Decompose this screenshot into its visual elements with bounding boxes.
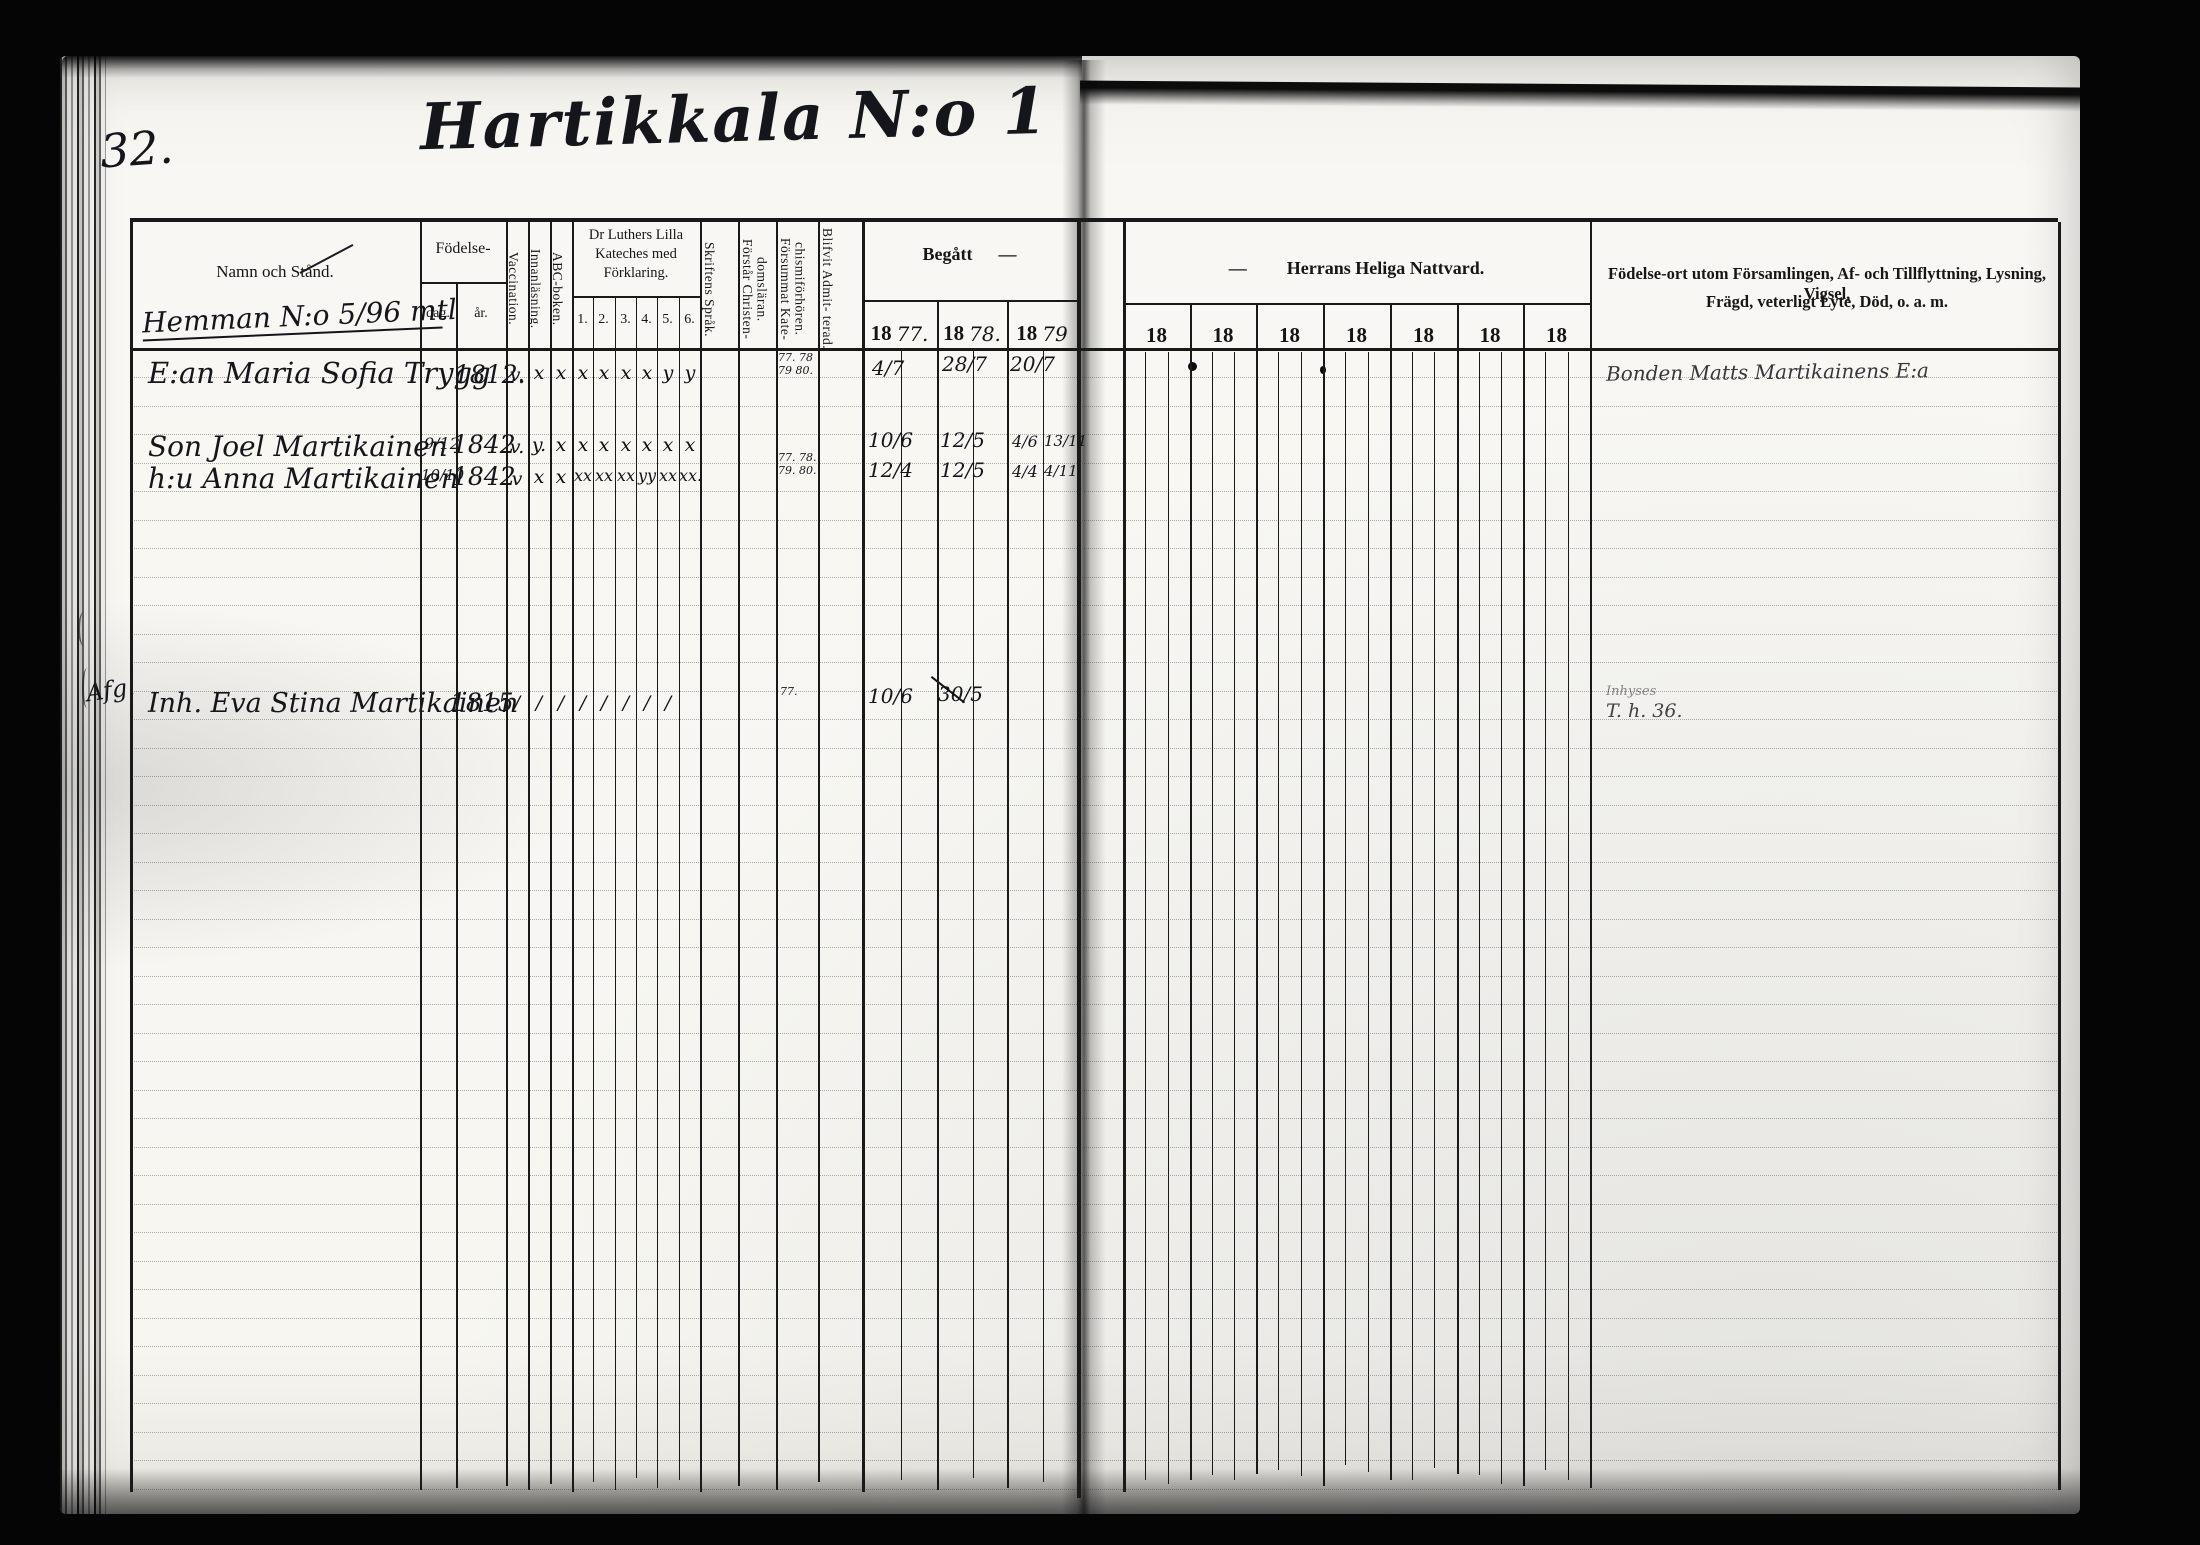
col-header-abc-boken: ABC-boken. xyxy=(550,224,572,351)
ruled-row-line xyxy=(131,406,2057,407)
mark-kateches: x xyxy=(593,434,615,456)
ruled-row-line xyxy=(131,1432,2057,1433)
ruled-row-line xyxy=(131,1232,2057,1233)
mark-kateches: xx xyxy=(572,466,594,485)
grid-hline xyxy=(862,300,1077,302)
year-printed: 18 xyxy=(1480,323,1501,348)
grid-vline xyxy=(1568,352,1569,1480)
year-printed: 18 xyxy=(1546,323,1567,348)
mark-vaccination: v. xyxy=(506,364,528,386)
grid-vline xyxy=(528,218,530,1490)
grid-vline xyxy=(615,297,616,1490)
ruled-row-line xyxy=(131,1118,2057,1119)
col-header-k4: 4. xyxy=(636,312,657,328)
grid-vline xyxy=(1590,222,1592,1488)
col-header-ar: år. xyxy=(456,306,506,322)
page-bottom-shadow xyxy=(62,1468,2080,1514)
grid-vline xyxy=(130,218,133,1492)
ruled-row-line xyxy=(131,1033,2057,1034)
communion-date-1878: 12/5 xyxy=(940,458,985,482)
ruled-row-line xyxy=(131,1318,2057,1319)
col-header-blifvit: Blifvit Admit- terad. xyxy=(820,224,862,351)
book-spine-edge xyxy=(60,56,106,1514)
col-header-namn: Namn och Stånd. xyxy=(130,262,420,282)
year-written: 78. xyxy=(969,322,1001,346)
mark-kateches: / xyxy=(572,692,594,714)
col-header-forstar: Förstår Christen- domsläran. xyxy=(740,224,776,351)
nattvard-year-box: 18 xyxy=(1256,310,1323,348)
grid-vline xyxy=(1256,304,1258,1474)
communion-date-1879b: 4/11 xyxy=(1044,462,1078,480)
col-header-fodelse: Födelse- xyxy=(420,240,506,258)
grid-vline xyxy=(818,218,820,1482)
ruled-row-line xyxy=(131,491,2057,492)
ruled-row-line xyxy=(131,691,2057,692)
communion-date-1879: 4/4 xyxy=(1012,462,1038,481)
grid-vline xyxy=(679,297,680,1480)
ruled-row-line xyxy=(131,520,2057,521)
col-header-k3: 3. xyxy=(615,312,636,328)
communion-date-1878: 28/7 xyxy=(942,352,987,376)
nattvard-year-box: 18 xyxy=(1457,310,1523,348)
grid-vline xyxy=(550,218,552,1484)
ruled-row-line xyxy=(131,748,2057,749)
grid-vline xyxy=(738,218,740,1486)
col-header-k2: 2. xyxy=(593,312,614,328)
mark-kateches: xx. xyxy=(679,466,701,485)
begatt-dash: — xyxy=(998,244,1016,265)
ruled-row-line xyxy=(131,719,2057,720)
grid-vline xyxy=(1345,352,1346,1465)
grid-vline xyxy=(1145,352,1146,1480)
col-header-innanlasning: Innanläsning. xyxy=(528,224,550,351)
ruled-row-line xyxy=(131,1261,2057,1262)
grid-vline xyxy=(1457,304,1459,1474)
mark-innanlasning: / xyxy=(528,692,550,714)
year-printed: 18 xyxy=(1346,323,1367,348)
mark-abc: x xyxy=(550,434,572,456)
ruled-row-line xyxy=(131,662,2057,663)
row-birth-year: 1815 xyxy=(450,688,514,717)
grid-vline xyxy=(572,218,574,1492)
year-printed: 18 xyxy=(1146,323,1167,348)
grid-vline xyxy=(1412,352,1413,1480)
mark-kateches: / xyxy=(615,692,637,714)
mark-vaccination: v. xyxy=(506,436,528,458)
ruled-row-line xyxy=(131,1061,2057,1062)
col-header-notes-line2: Frägd, veterligt Lyte, Död, o. a. m. xyxy=(1600,292,2054,312)
ruled-row-line xyxy=(131,776,2057,777)
grid-vline xyxy=(1390,304,1392,1480)
grid-hline xyxy=(1123,303,1590,305)
mark-kateches: y xyxy=(657,362,679,384)
forsummat-years: 77. 78. 79. 80. xyxy=(778,452,818,477)
mark-kateches: x xyxy=(615,362,637,384)
page-number: 32. xyxy=(98,120,175,179)
mark-vaccination: / xyxy=(506,692,528,714)
begatt-label: Begått xyxy=(923,244,973,265)
nattvard-year-box: 18 xyxy=(1523,310,1590,348)
ruled-row-line xyxy=(131,976,2057,977)
communion-date-1878: 30/5 xyxy=(938,682,2200,706)
mark-kateches: x xyxy=(636,434,658,456)
nattvard-year-box: 18 xyxy=(1190,310,1256,348)
ruled-row-line xyxy=(131,947,2057,948)
grid-vline xyxy=(700,218,702,1492)
ruled-row-line xyxy=(131,1489,2057,1490)
grid-vline xyxy=(2058,222,2061,1490)
page-top-shadow-left xyxy=(62,56,1082,78)
mark-abc: x xyxy=(550,362,572,384)
col-header-k1: 1. xyxy=(572,312,593,328)
mark-kateches: x xyxy=(657,434,679,456)
grid-vline xyxy=(1168,352,1169,1484)
grid-vline xyxy=(420,218,422,1490)
col-header-begatt: Begått — xyxy=(862,244,1077,265)
scanned-book-spread: 32. Hartikkala N:o 1 Namn och Stånd. Föd… xyxy=(0,0,2200,1545)
communion-date-1879: 20/7 xyxy=(1010,352,1055,376)
ruled-row-line xyxy=(131,1147,2057,1148)
mark-kateches: yy xyxy=(636,466,658,485)
ruled-row-line xyxy=(131,1090,2057,1091)
grid-vline xyxy=(1190,304,1192,1480)
mark-abc: / xyxy=(550,692,572,714)
ruled-row-line xyxy=(131,919,2057,920)
col-header-skriftens: Skriftens Språk. xyxy=(702,224,738,351)
grid-vline xyxy=(862,218,865,1492)
grid-vline xyxy=(1523,304,1525,1486)
mark-kateches: x xyxy=(615,434,637,456)
grid-vline xyxy=(1077,218,1081,1498)
ruled-row-line xyxy=(131,1289,2057,1290)
year-printed: 18 xyxy=(1279,323,1300,348)
communion-date-1877: 10/6 xyxy=(868,684,913,708)
nattvard-year-box: 18 xyxy=(1390,310,1457,348)
ruled-row-line xyxy=(131,1004,2057,1005)
ruled-row-line xyxy=(131,605,2057,606)
mark-kateches: x xyxy=(572,362,594,384)
grid-hline xyxy=(420,282,506,284)
ruled-row-line xyxy=(131,890,2057,891)
grid-vline xyxy=(937,301,939,1490)
mark-kateches: xx xyxy=(657,466,679,485)
col-header-vaccination: Vaccination. xyxy=(506,224,528,351)
col-header-nattvard: — Herrans Heliga Nattvard. xyxy=(1123,258,1590,279)
mark-abc: x xyxy=(550,466,572,488)
nattvard-year-box: 18 xyxy=(1323,310,1390,348)
row-name: E:an Maria Sofia Trygg xyxy=(148,356,491,390)
ruled-row-line xyxy=(131,1375,2057,1376)
nattvard-dash: — xyxy=(1229,258,1247,279)
grid-vline xyxy=(1323,304,1325,1486)
grid-vline xyxy=(506,218,508,1486)
mark-vaccination: v xyxy=(506,468,528,490)
mark-kateches: / xyxy=(636,692,658,714)
ruled-row-line xyxy=(131,1346,2057,1347)
ruled-row-line xyxy=(131,833,2057,834)
mark-kateches: xx xyxy=(615,466,637,485)
mark-kateches: y xyxy=(679,362,701,384)
mark-kateches: / xyxy=(593,692,615,714)
mark-innanlasning: x xyxy=(528,362,550,384)
col-header-k6: 6. xyxy=(679,312,700,328)
mark-kateches: / xyxy=(657,692,679,714)
mark-innanlasning: y. xyxy=(528,434,550,456)
communion-date-1878: 12/5 xyxy=(940,428,985,452)
mark-innanlasning: x xyxy=(528,466,550,488)
year-box-1878: 18 78. xyxy=(937,308,1007,346)
col-header-kateches: Dr Luthers Lilla Kateches med Förklaring… xyxy=(574,226,698,283)
year-printed: 18 xyxy=(943,321,964,346)
col-header-forsummat: Försummat Kate- chismiförhören. xyxy=(778,224,818,351)
ruled-row-line xyxy=(131,1204,2057,1205)
year-box-1877: 18 77. xyxy=(862,308,937,346)
ruled-row-line xyxy=(131,1175,2057,1176)
ruled-row-line xyxy=(131,434,2057,435)
ruled-row-line xyxy=(131,1403,2057,1404)
mark-kateches: xx xyxy=(593,466,615,485)
mark-kateches: x xyxy=(636,362,658,384)
forsummat-years: 77. 78 79 80. xyxy=(778,352,818,377)
ruled-row-line xyxy=(131,805,2057,806)
ruled-row-line xyxy=(131,862,2057,863)
communion-date-1877: 12/4 xyxy=(868,458,913,482)
year-written: 79 xyxy=(1042,322,1067,346)
year-written: 77. xyxy=(897,322,929,346)
ruled-row-line xyxy=(131,1460,2057,1461)
communion-date-1877: 10/6 xyxy=(868,428,913,452)
year-printed: 18 xyxy=(1413,323,1434,348)
grid-vline xyxy=(636,297,637,1478)
grid-vline xyxy=(776,218,778,1490)
mark-kateches: x xyxy=(679,434,701,456)
col-header-k5: 5. xyxy=(657,312,678,328)
forsummat-years: 77. xyxy=(780,686,820,699)
ruled-row-line xyxy=(131,463,2057,464)
ruled-row-line xyxy=(131,377,2057,378)
grid-vline xyxy=(1007,301,1009,1488)
ruled-row-line xyxy=(131,577,2057,578)
ruled-row-line xyxy=(131,634,2057,635)
center-fold-crease xyxy=(1062,60,1106,1514)
grid-vline xyxy=(1234,352,1235,1480)
year-printed: 18 xyxy=(1213,323,1234,348)
nattvard-label: Herrans Heliga Nattvard. xyxy=(1287,258,1484,279)
mark-kateches: x xyxy=(593,362,615,384)
nattvard-year-box: 18 xyxy=(1123,310,1190,348)
ruled-row-line xyxy=(131,548,2057,549)
year-printed: 18 xyxy=(1016,321,1037,346)
year-box-1879: 18 79 xyxy=(1007,308,1077,346)
year-printed: 18 xyxy=(871,321,892,346)
grid-vline xyxy=(657,297,658,1488)
grid-vline xyxy=(1123,222,1126,1492)
margin-scribble xyxy=(78,612,90,646)
mark-kateches: x xyxy=(572,434,594,456)
grid-vline xyxy=(1501,352,1502,1484)
row-notes: Bonden Matts Martikainens E:a xyxy=(1606,358,1929,385)
